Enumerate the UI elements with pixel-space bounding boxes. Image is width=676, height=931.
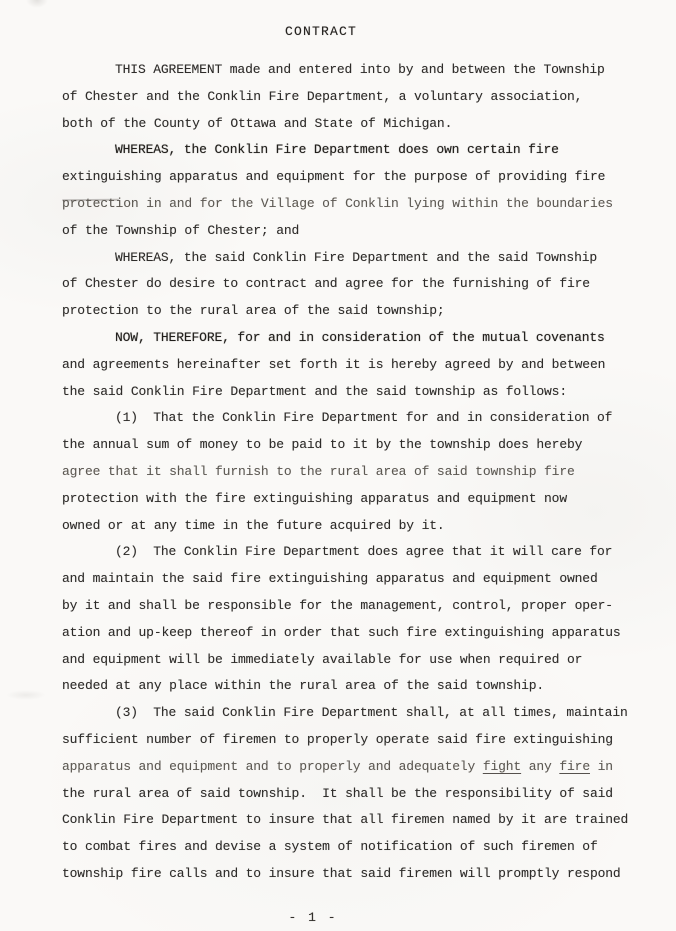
paragraph-1-line-2: of Chester and the Conklin Fire Departme…	[62, 84, 662, 111]
paragraph-4-line-1: NOW, THEREFORE, for and in consideration…	[62, 325, 662, 352]
line-segment: any	[521, 759, 559, 774]
paragraph-3-line-3: protection to the rural area of the said…	[62, 298, 662, 325]
contract-page: CONTRACT THIS AGREEMENT made and entered…	[0, 0, 676, 931]
paragraph-6-line-3: by it and shall be responsible for the m…	[62, 593, 662, 620]
paragraph-5-line-2: the annual sum of money to be paid to it…	[62, 432, 662, 459]
paragraph-5-line-4: protection with the fire extinguishing a…	[62, 486, 662, 513]
paragraph-2-line-2: extinguishing apparatus and equipment fo…	[62, 164, 662, 191]
document-body: THIS AGREEMENT made and entered into by …	[62, 57, 662, 888]
paragraph-6-line-5: and equipment will be immediately availa…	[62, 647, 662, 674]
paragraph-4-line-3: the said Conklin Fire Department and the…	[62, 379, 662, 406]
paragraph-3-line-1: WHEREAS, the said Conklin Fire Departmen…	[62, 245, 662, 272]
paragraph-6-line-4: ation and up-keep thereof in order that …	[62, 620, 662, 647]
paragraph-1-line-1: THIS AGREEMENT made and entered into by …	[62, 57, 662, 84]
paragraph-7-line-7: township fire calls and to insure that s…	[62, 861, 662, 888]
paragraph-6-line-1: (2) The Conklin Fire Department does agr…	[62, 539, 662, 566]
line-segment: in	[590, 759, 613, 774]
paragraph-7-line-3: apparatus and equipment and to properly …	[62, 754, 662, 781]
page-number: - 1 -	[0, 910, 651, 925]
paragraph-7-line-4: the rural area of said township. It shal…	[62, 781, 662, 808]
paragraph-7-line-6: to combat fires and devise a system of n…	[62, 834, 662, 861]
scan-smudge-artifact	[6, 690, 46, 700]
paragraph-2-line-4: of the Township of Chester; and	[62, 218, 662, 245]
paragraph-5-line-5: owned or at any time in the future acqui…	[62, 513, 662, 540]
underlined-word-fight: fight	[483, 759, 521, 774]
paragraph-2-line-3: protection in and for the Village of Con…	[62, 191, 662, 218]
paragraph-3-line-2: of Chester do desire to contract and agr…	[62, 271, 662, 298]
underlined-word-fire: fire	[559, 759, 590, 774]
paragraph-6-line-6: needed at any place within the rural are…	[62, 673, 662, 700]
document-title: CONTRACT	[0, 24, 659, 39]
line-segment: apparatus and equipment and to properly …	[62, 759, 483, 774]
paragraph-7-line-5: Conklin Fire Department to insure that a…	[62, 807, 662, 834]
paragraph-7-line-2: sufficient number of firemen to properly…	[62, 727, 662, 754]
scan-smudge-artifact	[26, 0, 48, 8]
paragraph-1-line-3: both of the County of Ottawa and State o…	[62, 111, 662, 138]
paragraph-5-line-3: agree that it shall furnish to the rural…	[62, 459, 662, 486]
paragraph-5-line-1: (1) That the Conklin Fire Department for…	[62, 405, 662, 432]
paragraph-4-line-2: and agreements hereinafter set forth it …	[62, 352, 662, 379]
paragraph-6-line-2: and maintain the said fire extinguishing…	[62, 566, 662, 593]
paragraph-2-line-1: WHEREAS, the Conklin Fire Department doe…	[62, 137, 662, 164]
paragraph-7-line-1: (3) The said Conklin Fire Department sha…	[62, 700, 662, 727]
